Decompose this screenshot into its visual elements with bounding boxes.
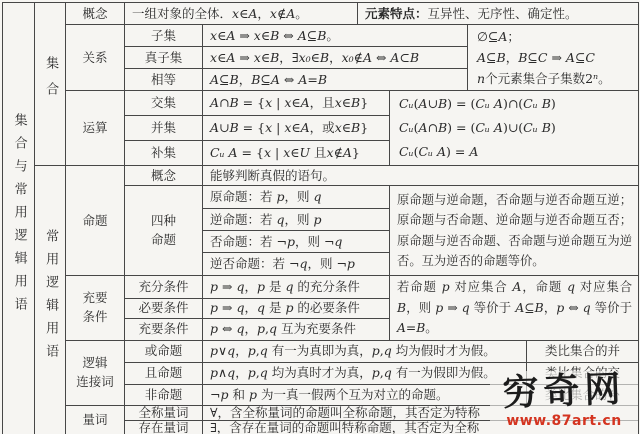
union-formula: A∪B = {x | x∈A，或x∈B} (203, 116, 390, 141)
root-header-text: 集合与常用逻辑用语 (10, 113, 26, 320)
contrapositive-proposition: 逆否命题：若 ¬q，则 ¬p (203, 253, 390, 276)
proper-subset-formula: x∈A ⇒ x∈B，∃x₀∈B，x₀∉A ⇔ A⊂B (203, 47, 468, 69)
four-propositions-label-line2: 命题 (126, 231, 201, 250)
operation-note-line3: Cᵤ(Cᵤ A) = A (393, 140, 635, 164)
and-proposition-label: 且命题 (125, 362, 203, 384)
condition-note: 若命题 p 对应集合 A，命题 q 对应集合 B，则 p ⇒ q 等价于 A⊆B… (390, 276, 639, 341)
existential-quantifier-label: 存在量词 (125, 420, 203, 434)
proposition-concept-content: 能够判断真假的语句。 (203, 166, 639, 186)
relation-label: 关系 (66, 25, 125, 91)
logic-group-cell: 常用逻辑用语 (35, 166, 66, 434)
intersection-formula: A∩B = {x | x∈A，且x∈B} (203, 91, 390, 116)
relation-note-line1: ∅⊆A； (471, 26, 635, 47)
or-proposition-label: 或命题 (125, 340, 203, 362)
iff-label: 充要条件 (125, 318, 203, 340)
intersection-label: 交集 (125, 91, 203, 116)
watermark-url: www.87art.cn (490, 413, 638, 429)
logic-group-text: 常用逻辑用语 (42, 229, 58, 367)
set-group-cell: 集合 (35, 3, 66, 166)
condition-label-line2: 条件 (67, 308, 123, 327)
element-features-label: 元素特点： (365, 6, 428, 21)
concept-label: 概念 (66, 3, 125, 25)
proper-subset-label: 真子集 (125, 47, 203, 69)
connective-label-line2: 连接词 (67, 373, 123, 392)
necessary-label: 必要条件 (125, 298, 203, 318)
and-proposition-content: p∧q，p,q 均为真时才为真，p,q 有一为假即为假。 (203, 362, 527, 384)
relation-note-cell: ∅⊆A； A⊆B，B⊆C ⇒ A⊆C n个元素集合子集数2ⁿ。 (468, 25, 639, 91)
math-notes-sheet: 集合与常用逻辑用语 集合 概念 一组对象的全体．x∈A，x∉A。 元素特点：互异… (0, 0, 640, 434)
or-analogy: 类比集合的并 (527, 340, 639, 362)
sets-logic-table: 集合与常用逻辑用语 集合 概念 一组对象的全体．x∈A，x∉A。 元素特点：互异… (2, 2, 639, 434)
union-label: 并集 (125, 116, 203, 141)
equal-formula: A⊆B，B⊆A ⇔ A=B (203, 69, 468, 91)
concept-content: 一组对象的全体．x∈A，x∉A。 (125, 3, 358, 25)
not-proposition-content: ¬p 和 p 为一真一假两个互为对立的命题。 (203, 384, 527, 405)
proposition-label: 命题 (66, 166, 125, 276)
operation-note-line2: Cᵤ(A∩B) = (Cᵤ A)∪(Cᵤ B) (393, 116, 635, 140)
universal-quantifier-label: 全称量词 (125, 405, 203, 420)
relation-note-line3: n个元素集合子集数2ⁿ。 (471, 68, 635, 89)
root-header-cell: 集合与常用逻辑用语 (3, 3, 35, 434)
condition-label-line1: 充要 (67, 289, 123, 308)
not-proposition-label: 非命题 (125, 384, 203, 405)
operation-note-cell: Cᵤ(A∪B) = (Cᵤ A)∩(Cᵤ B) Cᵤ(A∩B) = (Cᵤ A)… (390, 91, 639, 166)
proposition-concept-label: 概念 (125, 166, 203, 186)
complement-label: 补集 (125, 141, 203, 166)
quantifier-label: 量词 (66, 405, 125, 434)
complement-formula: Cᵤ A = {x | x∈U 且x∉A} (203, 141, 390, 166)
relation-note-line2: A⊆B，B⊆C ⇒ A⊆C (471, 47, 635, 68)
subset-label: 子集 (125, 25, 203, 47)
connective-label: 逻辑 连接词 (66, 340, 125, 405)
watermark-brand: 穷奇网 (489, 368, 638, 413)
proposition-note: 原命题与逆命题，否命题与逆否命题互逆；原命题与否命题、逆命题与逆否命题互否；原命… (390, 186, 639, 276)
subset-formula: x∈A ⇒ x∈B ⇔ A⊆B。 (203, 25, 468, 47)
operation-note-line1: Cᵤ(A∪B) = (Cᵤ A)∩(Cᵤ B) (393, 92, 635, 116)
necessary-formula: p ⇒ q，q 是 p 的必要条件 (203, 298, 390, 318)
four-propositions-label-line1: 四种 (126, 212, 201, 231)
sufficient-formula: p ⇒ q，p 是 q 的充分条件 (203, 276, 390, 299)
operation-label: 运算 (66, 91, 125, 166)
inverse-proposition: 否命题：若 ¬p，则 ¬q (203, 231, 390, 253)
connective-label-line1: 逻辑 (67, 354, 123, 373)
or-proposition-content: p∨q，p,q 有一为真即为真，p,q 均为假时才为假。 (203, 340, 527, 362)
watermark: 穷奇网 www.87art.cn (490, 371, 638, 433)
element-features-cell: 元素特点：互异性、无序性、确定性。 (358, 3, 639, 25)
element-features-text: 互异性、无序性、确定性。 (428, 6, 578, 21)
equal-label: 相等 (125, 69, 203, 91)
converse-proposition: 逆命题：若 q，则 p (203, 209, 390, 231)
set-group-text: 集合 (42, 56, 58, 108)
iff-formula: p ⇔ q，p,q 互为充要条件 (203, 318, 390, 340)
sufficient-label: 充分条件 (125, 276, 203, 299)
four-propositions-label: 四种 命题 (125, 186, 203, 276)
original-proposition: 原命题：若 p，则 q (203, 186, 390, 209)
condition-label: 充要 条件 (66, 276, 125, 341)
